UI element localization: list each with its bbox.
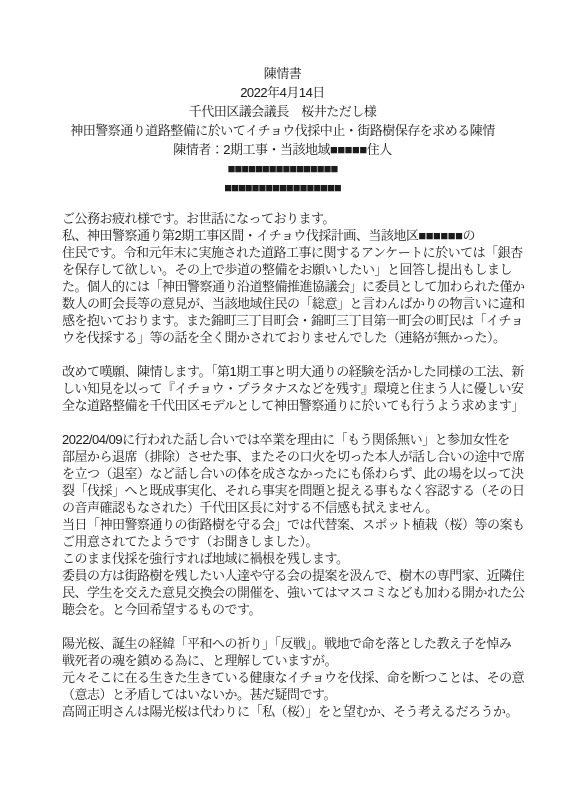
body-line: 元々そこに在る生きた生きている健康なイチョウを伐採、命を断つことは、その意: [62, 669, 555, 686]
paragraph-yokozakura-closing: 陽光桜、誕生の経緯「平和への祈り」「反戦」。戦地で命を落とした教え子を悼み 戦死…: [62, 635, 555, 720]
body-line: 2022/04/09に行われた話し合いでは卒業を理由に「もう関係無い」と参加女性…: [62, 431, 555, 448]
document-addressee: 千代田区議会議長 桜井ただし様: [0, 102, 565, 121]
redacted-address-line-1: ■■■■■■■■■■■■■■■■: [0, 159, 565, 178]
paragraph-petition-request: 改めて嘆願、陳情します。「第1期工事と明大通りの経験を活かした同様の工法、新 し…: [62, 363, 555, 414]
body-line: 私、神田警察通り第2期工事区間・イチョウ伐採計画、当該地区■■■■■■の: [62, 227, 555, 244]
paragraph-greeting: ご公務お疲れ様です。お世話になっております。 私、神田警察通り第2期工事区間・イ…: [62, 210, 555, 346]
body-line: 戦死者の魂を鎮める為に、と理解していますが。: [62, 652, 555, 669]
body-line: 住民です。令和元年末に実施された道路工事に関するアンケートに於いては「銀杏: [62, 244, 555, 261]
body-line: を立つ（退室）など話し合いの体を成さなかったにも係わらず、此の場を以って決: [62, 465, 555, 482]
body-line: ウを伐採する」等の話を全く聞かされておりませんでした（連絡が無かった）。: [62, 329, 555, 346]
body-line: 改めて嘆願、陳情します。「第1期工事と明大通りの経験を活かした同様の工法、新: [62, 363, 555, 380]
body-line: 民、学生を交えた意見交換会の開催を、強いてはマスコミなども加わる開かれた公: [62, 584, 555, 601]
body-line: 全な道路整備を千代田区モデルとして神田警察通りに於いても行うよう求めます」: [62, 397, 555, 414]
body-line: 部屋から退席（排除）させた事、またその口火を切った本人が話し合いの途中で席: [62, 448, 555, 465]
body-line: 陽光桜、誕生の経緯「平和への祈り」「反戦」。戦地で命を落とした教え子を悼み: [62, 635, 555, 652]
body-line: 当日「神田警察通りの街路樹を守る会」では代替案、スポット植栽（桜）等の案も: [62, 516, 555, 533]
body-line: ご用意されてたようです（お聞きしました）。: [62, 533, 555, 550]
document-petitioner: 陳情者：2期工事・当該地域■■■■■住人: [0, 140, 565, 159]
body-line: の音声確認もなされた）千代田区長に対する不信感も拭えません。: [62, 499, 555, 516]
petition-document-page: 陳情書 2022年4月14日 千代田区議会議長 桜井ただし様 神田警察通り道路整…: [0, 0, 565, 800]
paragraph-meeting-account: 2022/04/09に行われた話し合いでは卒業を理由に「もう関係無い」と参加女性…: [62, 431, 555, 618]
body-line: ご公務お疲れ様です。お世話になっております。: [62, 210, 555, 227]
document-body: ご公務お疲れ様です。お世話になっております。 私、神田警察通り第2期工事区間・イ…: [0, 210, 565, 720]
body-line: 高岡正明さんは陽光桜は代わりに「私（桜）」をと望むか、そう考えるだろうか。: [62, 703, 555, 720]
body-line: 委員の方は街路樹を残したい人達や守る会の提案を汲んで、樹木の専門家、近隣住: [62, 567, 555, 584]
body-line: このまま伐採を強行すれば地域に禍根を残します。: [62, 550, 555, 567]
body-line: た。個人的には「神田警察通り沿道整備推進協議会」に委員として加わられた僅か: [62, 278, 555, 295]
body-line: しい知見を以って『イチョウ・プラタナスなどを残す』環境と住まう人に優しい安: [62, 380, 555, 397]
body-line: 裂「伐採」へと既成事実化、それら事実を問題と捉える事もなく容認する（その日: [62, 482, 555, 499]
document-subject: 神田警察通り道路整備に於いてイチョウ伐採中止・街路樹保存を求める陳情: [0, 121, 565, 140]
body-line: 聴会を。と今回希望するものです。: [62, 601, 555, 618]
document-date: 2022年4月14日: [0, 83, 565, 102]
body-line: 数人の町会長等の意見が、当該地域住民の「総意」と言わんばかりの物言いに違和: [62, 295, 555, 312]
body-line: 感を抱いております。また錦町三丁目町会・錦町三丁目第一町会の町民は「イチョ: [62, 312, 555, 329]
document-title: 陳情書: [0, 64, 565, 83]
body-line: を保存して欲しい。その上で歩道の整備をお願いしたい」と回答し提出もしまし: [62, 261, 555, 278]
redacted-address-line-2: ■■■■■■■■■■■■■■■■■: [0, 178, 565, 197]
body-line: （意志）と矛盾してはいないか。甚だ疑問です。: [62, 686, 555, 703]
document-header: 陳情書 2022年4月14日 千代田区議会議長 桜井ただし様 神田警察通り道路整…: [0, 0, 565, 197]
